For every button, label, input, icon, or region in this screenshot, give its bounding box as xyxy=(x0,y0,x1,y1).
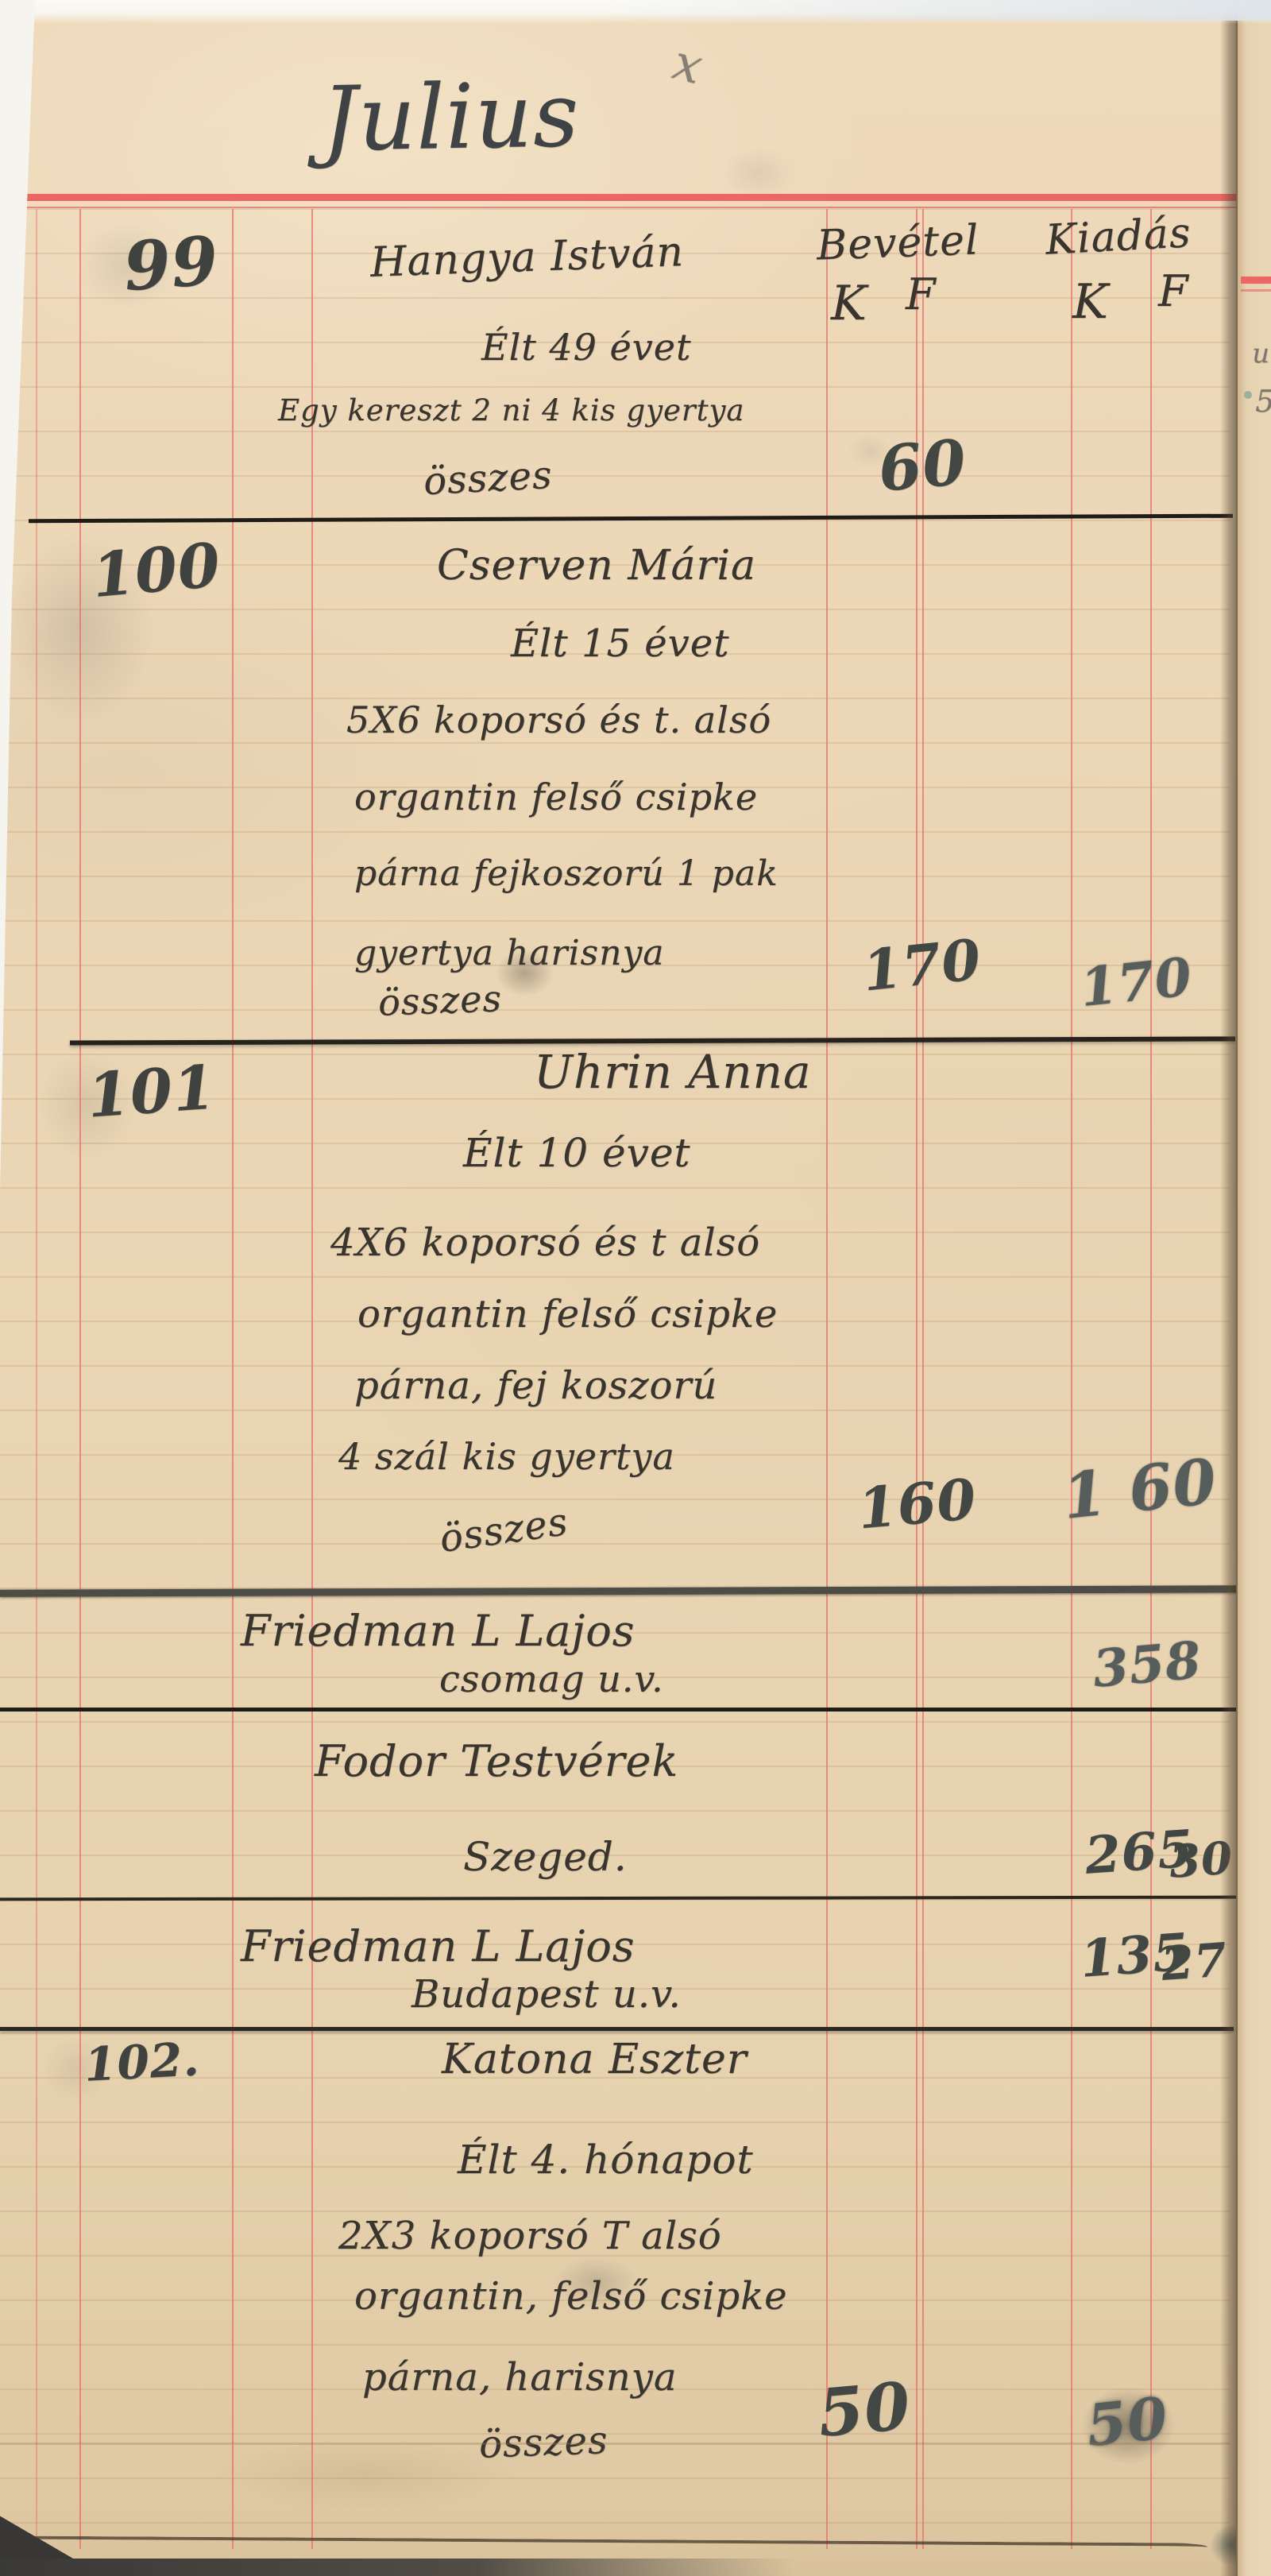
entry-place-line: Szeged. xyxy=(463,1837,628,1877)
teal-dot xyxy=(1244,391,1252,399)
entry-age-line: Élt 15 évet xyxy=(511,625,730,663)
expense-value: 1 60 xyxy=(1060,1451,1219,1529)
entry-detail-line: organtin, felső csipke xyxy=(354,2277,788,2315)
entry-detail-line: párna fejkoszorú 1 pak xyxy=(354,857,778,892)
margin-line xyxy=(79,209,81,2549)
entry-number: 99 xyxy=(122,227,220,300)
entry-name: Friedman L Lajos xyxy=(241,1925,635,1968)
entry-name: Hangya István xyxy=(369,231,685,284)
entry-detail-line: 4 szál kis gyertya xyxy=(338,1438,675,1475)
entry-number: 102. xyxy=(83,2036,201,2088)
entry-detail-line: organtin felső csipke xyxy=(357,1295,778,1333)
entry-detail-line: 5X6 koporsó és t. alsó xyxy=(346,702,771,738)
entry-name: Fodor Testvérek xyxy=(315,1740,678,1783)
next-page-red-rule-thin xyxy=(1241,289,1271,292)
entry-age-line: Élt 4. hónapot xyxy=(458,2140,754,2180)
entry-name: Cserven Mária xyxy=(437,545,756,586)
entry-total-label: összes xyxy=(377,980,502,1020)
income-value: 170 xyxy=(860,931,984,999)
entry-detail-line: 4X6 koporsó és t alsó xyxy=(330,1224,760,1262)
scanned-ledger-page: Julius x Bevétel K F Kiadás K F 99 Hangy… xyxy=(0,0,1271,2576)
expense-column-line xyxy=(1071,209,1072,2549)
entry-name: Katona Eszter xyxy=(442,2039,748,2080)
income-kf-line xyxy=(922,209,924,2549)
next-page-red-rule xyxy=(1241,277,1271,284)
next-page-ghost-mark: u xyxy=(1252,340,1270,367)
entry-detail-line: 2X3 koporsó T alsó xyxy=(338,2217,722,2255)
expense-k-header: K xyxy=(1072,278,1109,326)
entry-number: 100 xyxy=(90,535,223,606)
entry-age-line: Élt 10 évet xyxy=(463,1133,691,1173)
column-line xyxy=(232,209,234,2549)
income-kf-line xyxy=(916,209,918,2549)
income-value: 60 xyxy=(876,431,969,501)
margin-line xyxy=(36,209,37,2549)
entry-name: Friedman L Lajos xyxy=(241,1610,635,1653)
income-header: Bevétel xyxy=(816,219,979,266)
page-title: Julius xyxy=(321,71,580,164)
expense-value-f: 27 xyxy=(1160,1936,1229,1987)
income-k-header: K xyxy=(831,280,867,327)
entry-detail-line: gyertya harisnya xyxy=(354,936,665,971)
expense-f-header: F xyxy=(1158,270,1188,313)
header-rule-thin xyxy=(0,207,1236,208)
scan-edge-top-right xyxy=(604,0,1271,21)
entry-detail-line: párna, harisnya xyxy=(362,2358,677,2396)
expense-value: 358 xyxy=(1091,1635,1203,1696)
expense-header: Kiadás xyxy=(1045,212,1192,261)
entry-total-label: összes xyxy=(423,456,554,501)
entry-detail-line: organtin felső csipke xyxy=(354,779,758,815)
income-value: 160 xyxy=(856,1472,979,1537)
expense-value: 170 xyxy=(1078,950,1195,1014)
scan-background-band xyxy=(0,2559,794,2576)
entry-name: Uhrin Anna xyxy=(534,1049,811,1095)
entry-age-line: Élt 49 évet xyxy=(481,329,691,366)
income-value: 50 xyxy=(816,2373,914,2446)
next-page-ghost-mark: 5 xyxy=(1255,386,1271,416)
income-column-line xyxy=(826,209,828,2549)
entry-number: 101 xyxy=(86,1057,218,1126)
income-f-header: F xyxy=(906,273,936,316)
entry-detail-line: Egy kereszt 2 ni 4 kis gyertya xyxy=(278,396,744,425)
entry-detail-line: párna, fej koszorú xyxy=(354,1367,717,1405)
paper-crease xyxy=(0,2443,1230,2445)
separator-line xyxy=(0,1708,1241,1712)
separator-line xyxy=(0,2027,1234,2031)
page-gutter-shadow xyxy=(1220,0,1238,2576)
expense-kf-line xyxy=(1150,209,1152,2549)
header-rule-thick xyxy=(0,194,1242,201)
entry-place-line: Budapest u.v. xyxy=(411,1975,682,2013)
column-line xyxy=(311,209,313,2549)
entry-place-line: csomag u.v. xyxy=(439,1661,664,1697)
